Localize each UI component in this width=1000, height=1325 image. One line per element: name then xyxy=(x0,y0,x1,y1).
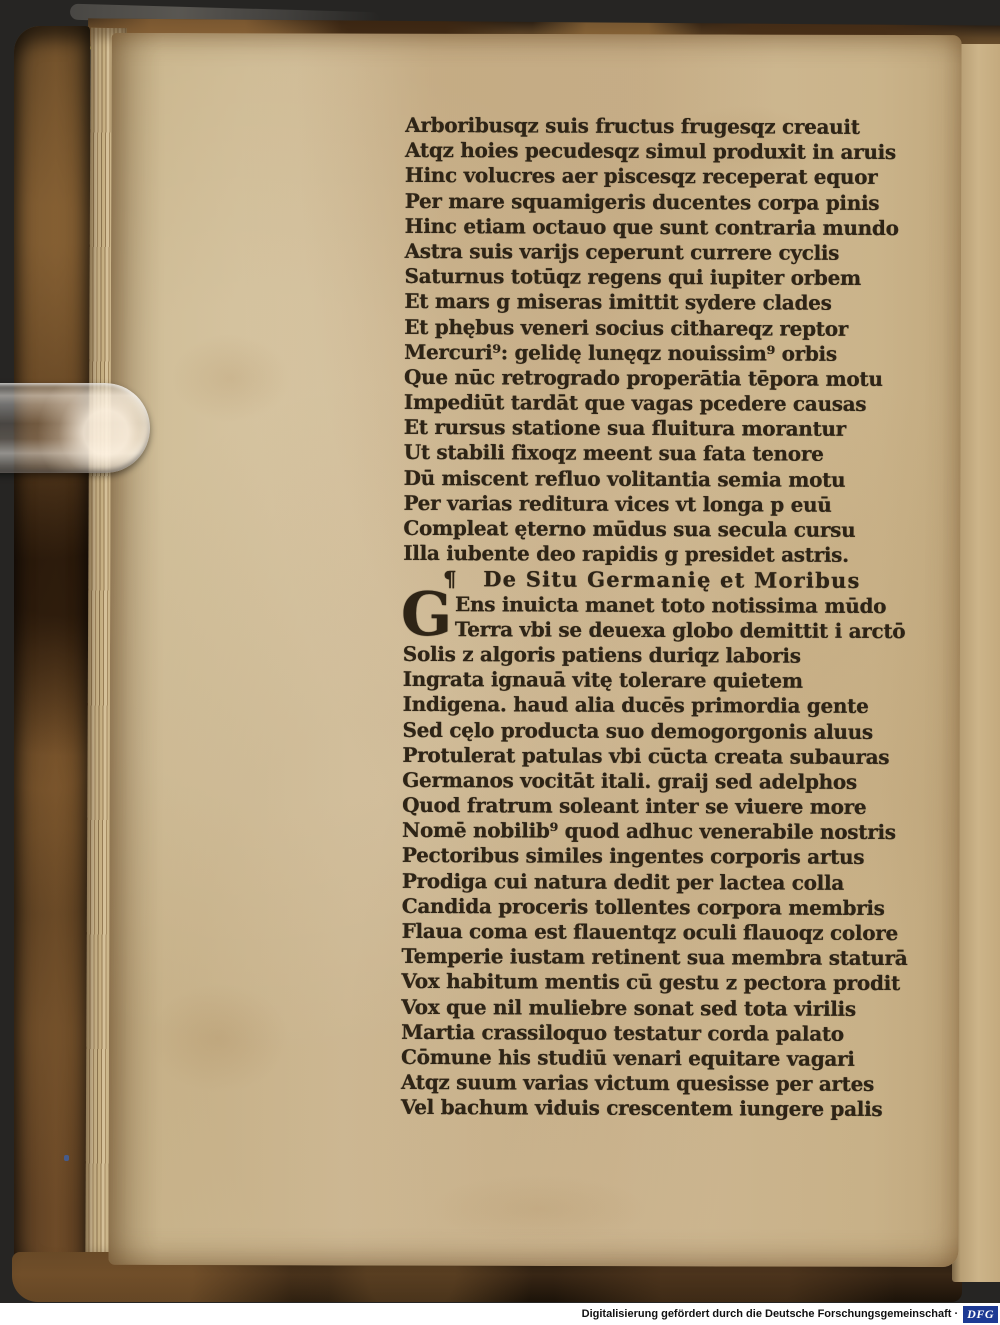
verse-line: Candida proceris tollentes corpora membr… xyxy=(402,894,902,921)
verse-line: Solis z algoris patiens duriqz laboris xyxy=(403,642,903,669)
verse-line: Ingrata ignauā vitę tolerare quietem xyxy=(403,667,903,694)
verse-line: Atqz hoies pecudesqz simul produxit in a… xyxy=(405,138,905,165)
verse-line: Dū miscent refluo volitantia semia motu xyxy=(404,466,904,493)
sewing-thread-speck xyxy=(64,1155,69,1161)
verse-line: Ut stabili fixoqz meent sua fata tenore xyxy=(404,440,904,467)
verse-line: Germanos vocitāt itali. graij sed adelph… xyxy=(402,768,902,795)
verse-line: Protulerat patulas vbi cūcta creata suba… xyxy=(402,743,902,770)
text-block: Arboribusqz suis fructus frugesqz creaui… xyxy=(401,113,905,1123)
verse-line: Hinc volucres aer piscesqz receperat equ… xyxy=(405,163,905,190)
verse-line: Hinc etiam octauo que sunt contraria mun… xyxy=(405,214,905,241)
glass-page-weight xyxy=(0,383,150,473)
verse-line: Terra vbi se deuexa globo demittit i arc… xyxy=(455,617,903,644)
section-heading: ¶ De Situ Germanię et Moribus xyxy=(403,566,903,593)
verse-line: Vox que nil muliebre sonat sed tota viri… xyxy=(401,994,901,1021)
footer-bar: Digitalisierung gefördert durch die Deut… xyxy=(0,1303,1000,1325)
verse-line: Vel bachum viduis crescentem iungere pal… xyxy=(401,1095,901,1122)
verse-line: Et rursus statione sua fluitura morantur xyxy=(404,415,904,442)
book-scan-photo: Arboribusqz suis fructus frugesqz creaui… xyxy=(0,0,1000,1325)
verse-line: Compleat ęterno mūdus sua secula cursu xyxy=(403,516,903,543)
paper-stain xyxy=(171,333,291,423)
verse-group-germania: Solis z algoris patiens duriqz laborisIn… xyxy=(401,642,903,1123)
verse-line: Martia crassiloquo testatur corda palato xyxy=(401,1020,901,1047)
verse-line: Prodiga cui natura dedit per lactea coll… xyxy=(402,869,902,896)
verse-line: Cōmune his studiū venari equitare vagari xyxy=(401,1045,901,1072)
verse-line: Et mars g miseras imittit sydere clades xyxy=(404,289,904,316)
verse-line: Ens inuicta manet toto notissima mūdo xyxy=(455,592,903,619)
verse-line: Pectoribus similes ingentes corporis art… xyxy=(402,843,902,870)
verse-line: Astra suis varijs ceperunt currere cycli… xyxy=(405,239,905,266)
verse-line: Per mare squamigeris ducentes corpa pini… xyxy=(405,188,905,215)
verse-line: Sed cęlo producta suo demogorgonis aluus xyxy=(402,717,902,744)
verse-line: Temperie iustam retinent sua membra stat… xyxy=(401,944,901,971)
drop-cap-initial: G xyxy=(401,588,452,640)
paper-stain xyxy=(149,983,289,1093)
dfg-logo: DFG xyxy=(963,1306,998,1323)
paper-stain xyxy=(428,1174,648,1245)
verse-group-dropcap: Ens inuicta manet toto notissima mūdoTer… xyxy=(455,592,903,644)
verse-line: Per varias reditura vices vt longa p euū xyxy=(403,491,903,518)
verse-line: Que nūc retrogrado properātia tēpora mot… xyxy=(404,365,904,392)
verse-line: Et phębus veneri socius cithareqz reptor xyxy=(404,314,904,341)
drop-cap-block: G Ens inuicta manet toto notissima mūdoT… xyxy=(403,591,903,644)
verse-line: Arboribusqz suis fructus frugesqz creaui… xyxy=(405,113,905,140)
footer-credit: Digitalisierung gefördert durch die Deut… xyxy=(582,1308,959,1320)
verse-group-cosmology: Arboribusqz suis fructus frugesqz creaui… xyxy=(403,113,905,569)
verse-line: Quod fratrum soleant inter se viuere mor… xyxy=(402,793,902,820)
verse-line: Flaua coma est flauentqz oculi flauoqz c… xyxy=(402,919,902,946)
book-spine xyxy=(14,26,90,1288)
verse-line: Nomē nobilib⁹ quod adhuc venerabile nost… xyxy=(402,818,902,845)
verse-line: Mercuri⁹: gelidę lunęqz nouissim⁹ orbis xyxy=(404,340,904,367)
verse-line: Saturnus totūqz regens qui iupiter orbem xyxy=(404,264,904,291)
verse-line: Atqz suum varias victum quesisse per art… xyxy=(401,1070,901,1097)
verse-line: Illa iubente deo rapidis g presidet astr… xyxy=(403,541,903,568)
verse-line: Vox habitum mentis cū gestu z pectora pr… xyxy=(401,969,901,996)
verse-line: Indigena. haud alia ducēs primordia gent… xyxy=(403,692,903,719)
verse-line: Impediūt tardāt que vagas pcedere causas xyxy=(404,390,904,417)
